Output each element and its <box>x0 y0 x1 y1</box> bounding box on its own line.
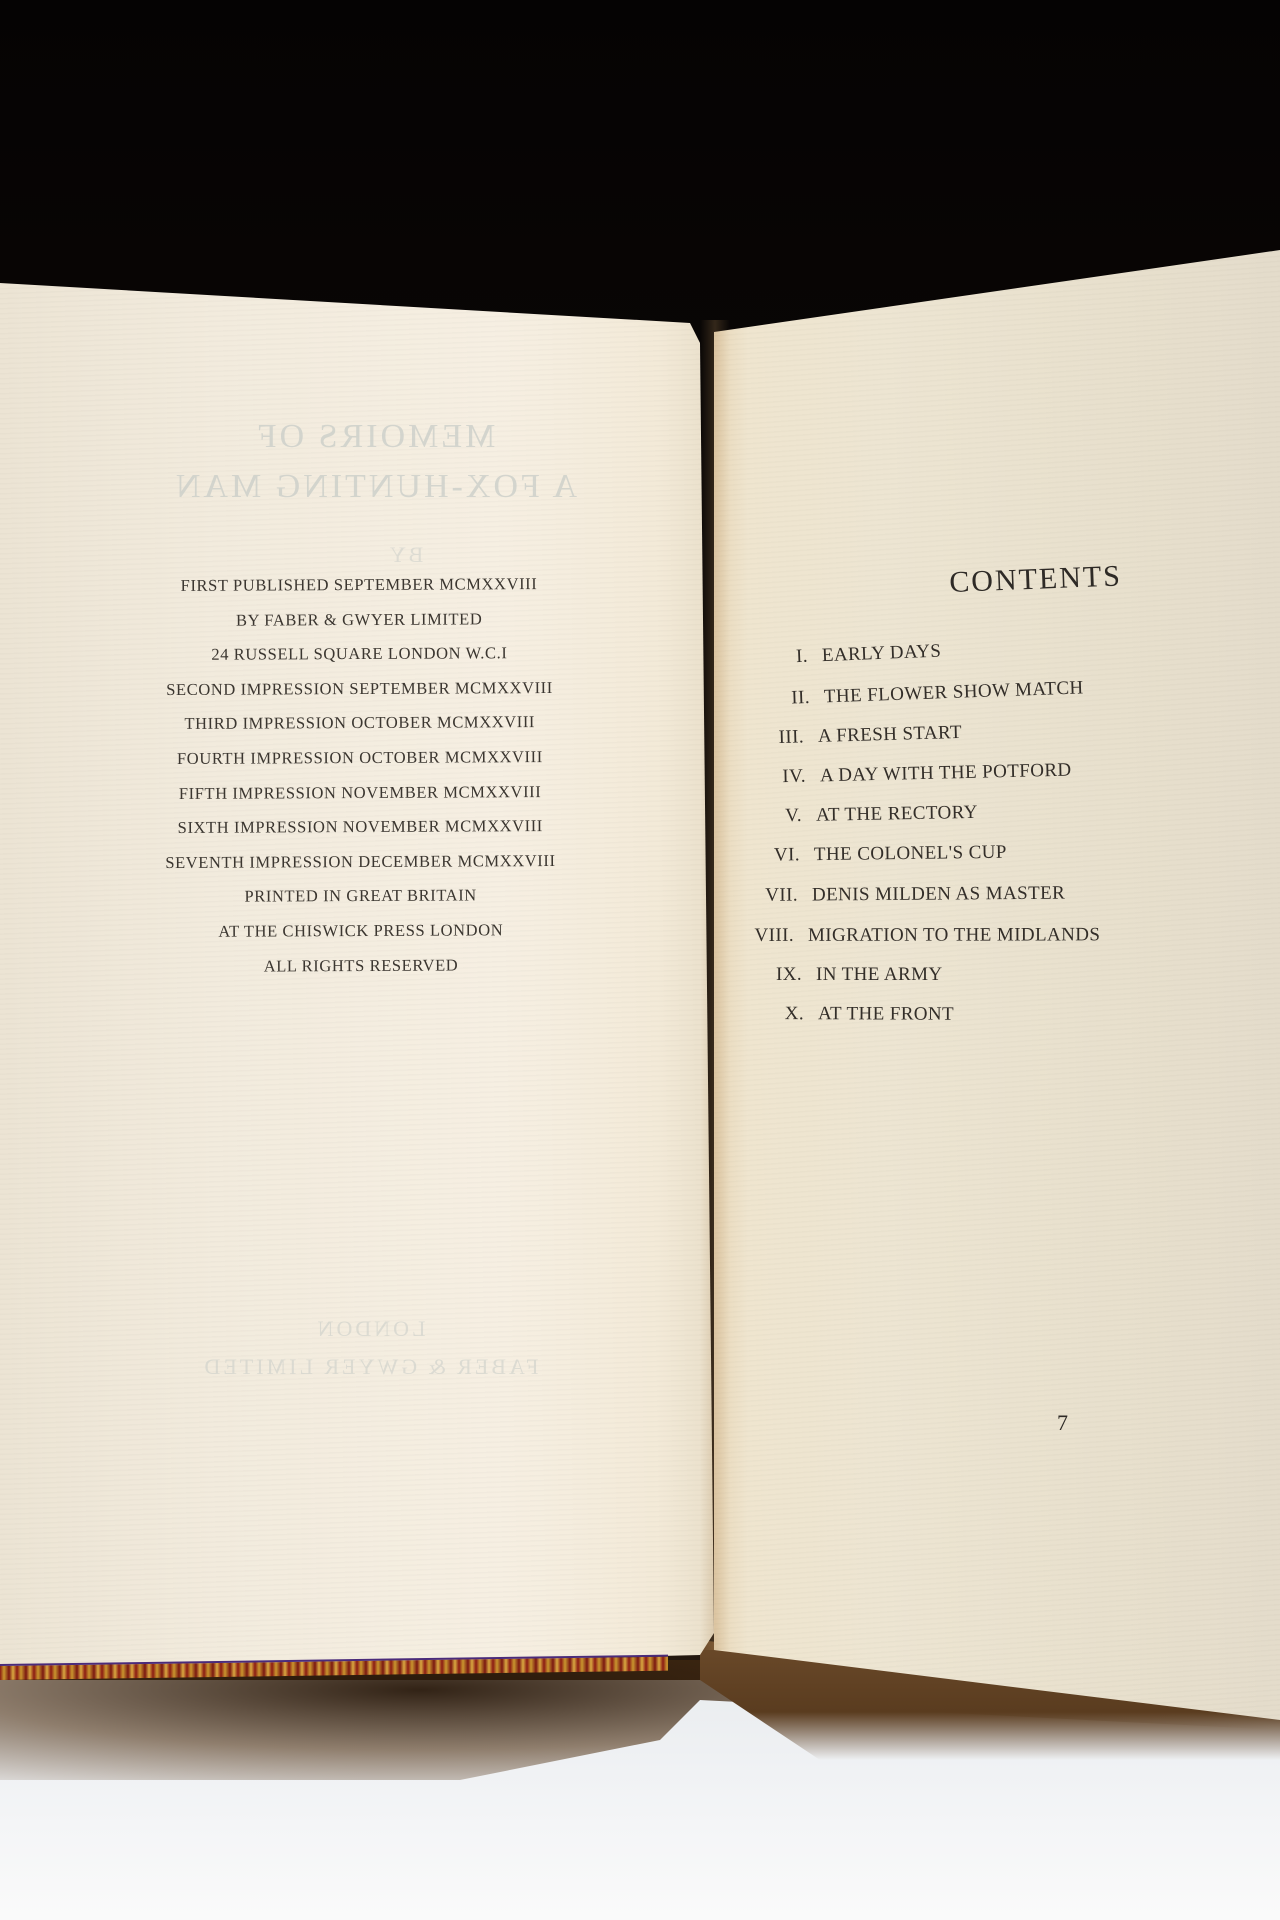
show-through-publisher: LONDON FABER & GWYER LIMITED <box>150 1310 590 1386</box>
imprint-line: SIXTH IMPRESSION NOVEMBER MCMXXVIII <box>118 809 602 846</box>
toc-entry: IX.IN THE ARMY <box>742 964 943 986</box>
imprint-line: FOURTH IMPRESSION OCTOBER MCMXXVIII <box>118 740 602 777</box>
toc-entry: X.AT THE FRONT <box>744 1003 954 1026</box>
page-number: 7 <box>1057 1410 1068 1436</box>
toc-entry: VI.THE COLONEL'S CUP <box>740 842 1007 867</box>
imprint-line: PRINTED IN GREAT BRITAIN <box>119 878 603 915</box>
show-through-title: MEMOIRS OF A FOX-HUNTING MAN <box>85 412 665 512</box>
imprint-line: ALL RIGHTS RESERVED <box>119 947 603 984</box>
imprint-line: FIFTH IMPRESSION NOVEMBER MCMXXVIII <box>118 774 602 811</box>
imprint-line: SECOND IMPRESSION SEPTEMBER MCMXXVIII <box>117 671 601 708</box>
imprint-line: THIRD IMPRESSION OCTOBER MCMXXVIII <box>118 705 602 742</box>
toc-entry: V.AT THE RECTORY <box>742 802 978 828</box>
imprint-line: BY FABER & GWYER LIMITED <box>117 601 601 638</box>
show-through-by: BY <box>370 540 440 570</box>
toc-entry: VIII.MIGRATION TO THE MIDLANDS <box>734 924 1100 947</box>
photo-scene: MEMOIRS OF A FOX-HUNTING MAN BY LONDON F… <box>0 0 1280 1920</box>
imprint-line: AT THE CHISWICK PRESS LONDON <box>119 913 603 950</box>
imprint-block: FIRST PUBLISHED SEPTEMBER MCMXXVIII BY F… <box>117 567 603 985</box>
contents-heading: CONTENTS <box>949 559 1123 600</box>
toc-entry: VII.DENIS MILDEN AS MASTER <box>738 883 1065 907</box>
book-gutter <box>700 320 730 1650</box>
imprint-line: SEVENTH IMPRESSION DECEMBER MCMXXVIII <box>118 843 602 880</box>
imprint-line: 24 RUSSELL SQUARE LONDON W.C.I <box>117 636 601 673</box>
imprint-line: FIRST PUBLISHED SEPTEMBER MCMXXVIII <box>117 567 601 604</box>
